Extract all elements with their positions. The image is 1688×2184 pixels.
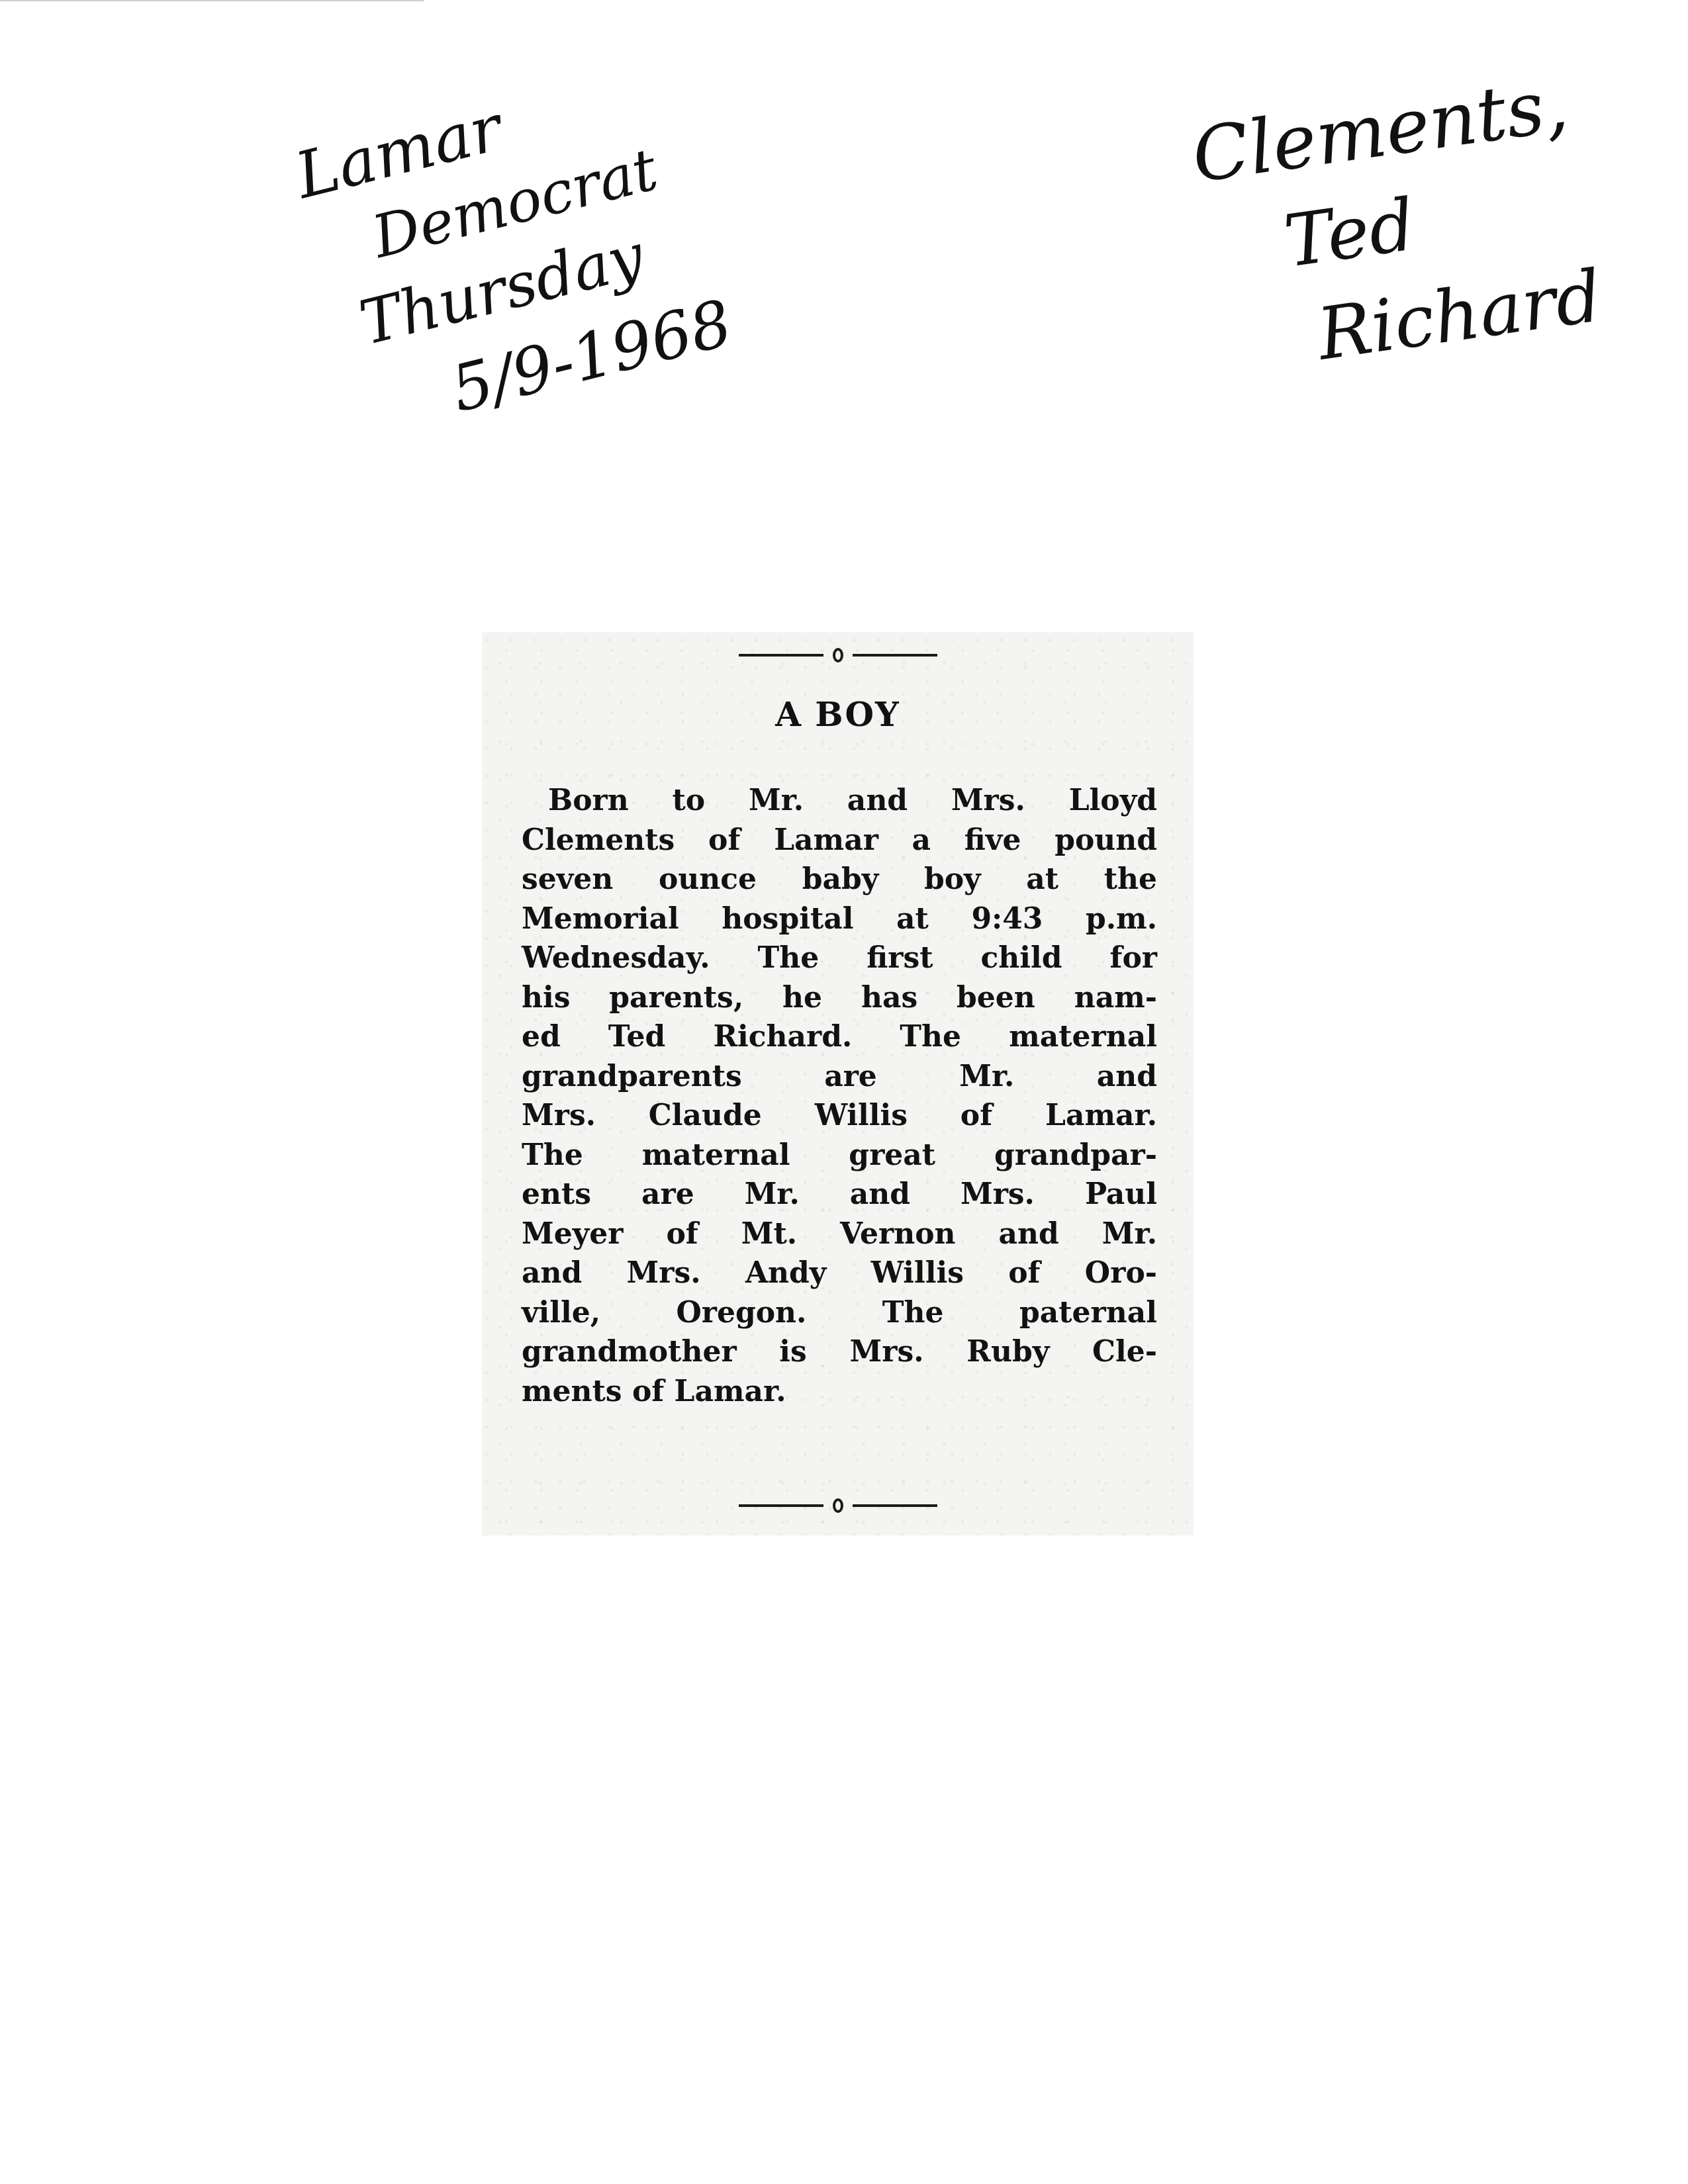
article-line: grandmother is Mrs. Ruby Cle- [522, 1332, 1157, 1372]
article-line: The maternal great grandpar- [522, 1136, 1157, 1175]
article-line: grandparents are Mr. and [522, 1057, 1157, 1097]
scan-edge [0, 0, 424, 1]
article-line: and Mrs. Andy Willis of Oro- [522, 1253, 1157, 1293]
article-line: Born to Mr. and Mrs. Lloyd [522, 781, 1157, 821]
article-line: Wednesday. The first child for [522, 938, 1157, 978]
article-line: ments of Lamar. [522, 1372, 1157, 1412]
newspaper-clipping: A BOY Born to Mr. and Mrs. Lloyd Clement… [482, 632, 1194, 1535]
article-line: ents are Mr. and Mrs. Paul [522, 1175, 1157, 1214]
article-line: seven ounce baby boy at the [522, 860, 1157, 899]
ornament-divider-bottom [739, 1496, 937, 1516]
article-line: Clements of Lamar a five pound [522, 821, 1157, 860]
article-headline: A BOY [482, 695, 1194, 734]
article-line: Memorial hospital at 9:43 p.m. [522, 899, 1157, 939]
article-line: ville, Oregon. The paternal [522, 1293, 1157, 1333]
article-line: his parents, he has been nam- [522, 978, 1157, 1018]
ornament-divider-top [739, 645, 937, 665]
handwritten-source-note: Lamar Democrat Thursday 5/9-1968 [285, 26, 757, 421]
article-line: ed Ted Richard. The maternal [522, 1017, 1157, 1057]
note-surname: Clements, [1188, 74, 1526, 193]
note-middle-name: Richard [1313, 268, 1553, 371]
handwritten-name-note: Clements, Ted Richard [1185, 53, 1552, 374]
note-given-name: Ted [1280, 173, 1539, 279]
article-body: Born to Mr. and Mrs. Lloyd Clements of L… [522, 781, 1157, 1411]
article-line: Meyer of Mt. Vernon and Mr. [522, 1214, 1157, 1254]
article-line: Mrs. Claude Willis of Lamar. [522, 1096, 1157, 1136]
